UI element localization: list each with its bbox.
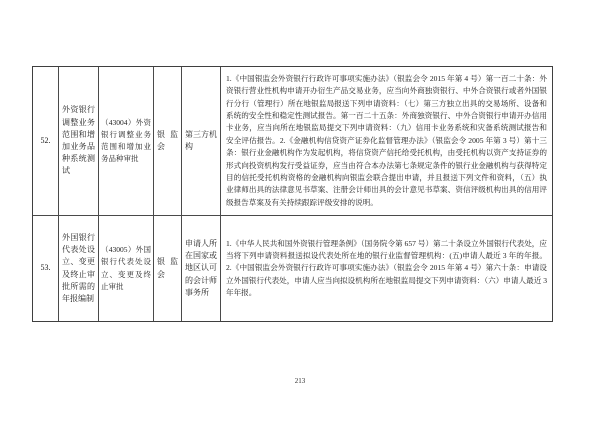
approval-department-text: 银监会 (154, 256, 181, 280)
table-row: 52. 外资银行调整业务范围和增加业务品种系统测试 （43004）外资银行调整业… (33, 67, 552, 216)
intermediary-services-table: 52. 外资银行调整业务范围和增加业务品种系统测试 （43004）外资银行调整业… (32, 66, 553, 322)
administrative-approval-item-text: （43004）外资银行调整业务范围和增加业务品种审批 (99, 117, 153, 166)
cell-legal-basis: 1.《中国银监会外资银行行政许可事项实施办法》（银监会令 2015 年第 4 号… (221, 67, 552, 215)
cell-legal-basis: 1.《中华人民共和国外资银行管理条例》（国务院令第 657 号）第二十条设立外国… (221, 216, 552, 321)
legal-basis-text: 1.《中华人民共和国外资银行管理条例》（国务院令第 657 号）第二十条设立外国… (221, 238, 552, 300)
approval-department-text: 银监会 (154, 129, 181, 153)
cell-administrative-approval-item: （43004）外资银行调整业务范围和增加业务品种审批 (99, 67, 154, 215)
page-number: 213 (0, 377, 600, 385)
serial-number-text: 52. (41, 135, 51, 147)
cell-intermediary-agency: 申请人所在国家或地区认可的会计师事务所 (182, 216, 221, 321)
cell-serial-number: 52. (33, 67, 59, 215)
cell-serial-number: 53. (33, 216, 59, 321)
cell-intermediary-service-item: 外资银行调整业务范围和增加业务品种系统测试 (59, 67, 99, 215)
serial-number-text: 53. (41, 262, 51, 274)
cell-intermediary-agency: 第三方机构 (182, 67, 221, 215)
document-page: 52. 外资银行调整业务范围和增加业务品种系统测试 （43004）外资银行调整业… (0, 0, 600, 424)
cell-approval-department: 银监会 (154, 216, 182, 321)
legal-basis-text: 1.《中国银监会外资银行行政许可事项实施办法》（银监会令 2015 年第 4 号… (221, 73, 552, 209)
intermediary-service-item-text: 外资银行调整业务范围和增加业务品种系统测试 (59, 104, 98, 177)
administrative-approval-item-text: （43005）外国银行代表处设立、变更及终止审批 (99, 244, 153, 293)
table-row: 53. 外国银行代表处设立、变更及终止审批所需的年报编制 （43005）外国银行… (33, 216, 552, 321)
cell-administrative-approval-item: （43005）外国银行代表处设立、变更及终止审批 (99, 216, 154, 321)
intermediary-agency-text: 申请人所在国家或地区认可的会计师事务所 (182, 238, 220, 299)
cell-approval-department: 银监会 (154, 67, 182, 215)
intermediary-service-item-text: 外国银行代表处设立、变更及终止审批所需的年报编制 (59, 232, 98, 305)
cell-intermediary-service-item: 外国银行代表处设立、变更及终止审批所需的年报编制 (59, 216, 99, 321)
intermediary-agency-text: 第三方机构 (182, 129, 220, 153)
